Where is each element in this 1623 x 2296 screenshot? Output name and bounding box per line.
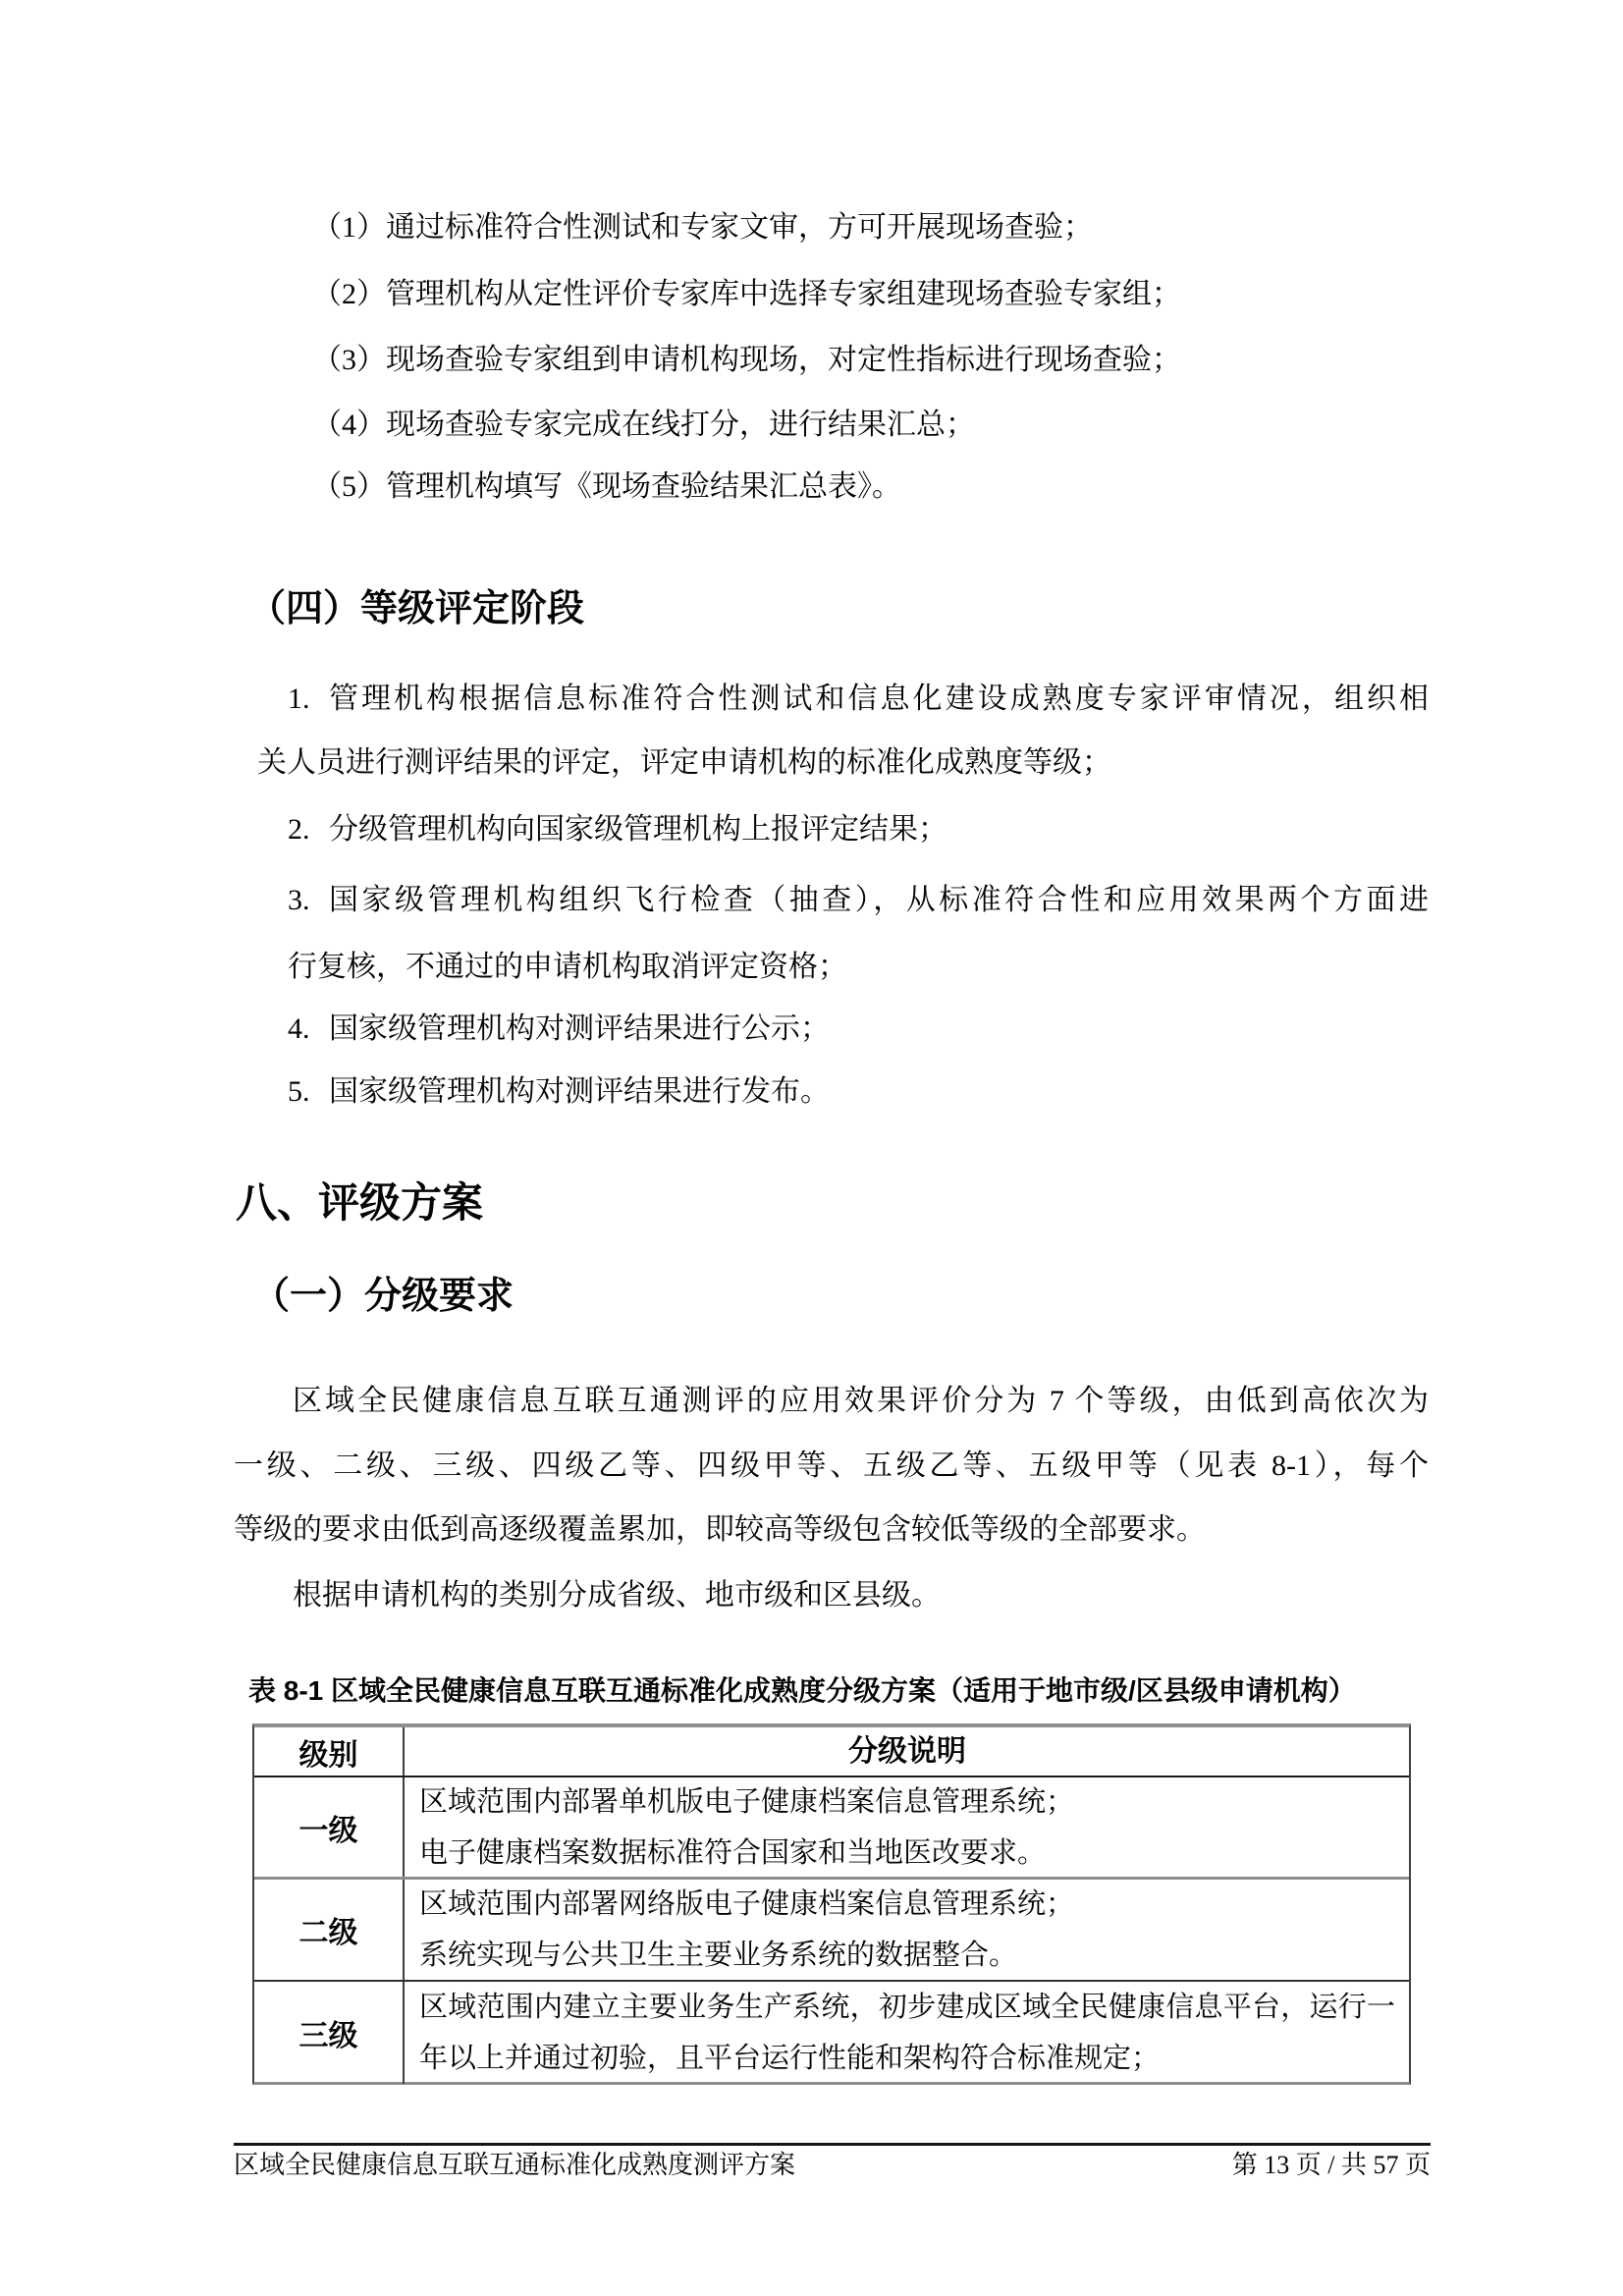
procedure-step: （5）管理机构填写《现场查验结果汇总表》。 [312,465,901,509]
desc-cell: 区域范围内建立主要业务生产系统，初步建成区域全民健康信息平台，运行一 年以上并通… [405,1982,1409,2084]
section-heading-four: （四）等级评定阶段 [248,584,584,633]
table-row: 二级 区域范围内部署网络版电子健康档案信息管理系统； 系统实现与公共卫生主要业务… [254,1880,1409,1982]
table-row: 三级 区域范围内建立主要业务生产系统，初步建成区域全民健康信息平台，运行一 年以… [254,1982,1409,2084]
list-number: 4. [288,1008,329,1051]
desc-cell: 区域范围内部署单机版电子健康档案信息管理系统； 电子健康档案数据标准符合国家和当… [405,1777,1409,1877]
list-line: 行复核，不通过的申请机构取消评定资格； [288,946,847,989]
desc-line: 年以上并通过初验，且平台运行性能和架构符合标准规定； [419,2033,1395,2084]
desc-line: 区域范围内建立主要业务生产系统，初步建成区域全民健康信息平台，运行一 [419,1982,1395,2033]
table-row: 一级 区域范围内部署单机版电子健康档案信息管理系统； 电子健康档案数据标准符合国… [254,1777,1409,1880]
list-text: 分级管理机构向国家级管理机构上报评定结果； [329,813,947,846]
table-header-desc: 分级说明 [405,1727,1409,1776]
grading-table: 级别 分级说明 一级 区域范围内部署单机版电子健康档案信息管理系统； 电子健康档… [252,1723,1411,2085]
list-number: 2. [288,808,329,851]
list-line: 国家级管理机构组织飞行检查（抽查），从标准符合性和应用效果两个方面进 [329,879,1429,922]
desc-line: 系统实现与公共卫生主要业务系统的数据整合。 [419,1930,1395,1981]
procedure-step: （4）现场查验专家完成在线打分，进行结果汇总； [312,404,975,447]
procedure-step: （2）管理机构从定性评价专家库中选择专家组建现场查验专家组； [312,273,1181,316]
level-cell: 二级 [254,1880,405,1980]
list-line: 2.分级管理机构向国家级管理机构上报评定结果； [288,808,947,851]
list-text: 国家级管理机构对测评结果进行公示； [329,1012,830,1045]
procedure-step: （1）通过标准符合性测试和专家文审，方可开展现场查验； [312,206,1093,249]
document-page: （1）通过标准符合性测试和专家文审，方可开展现场查验； （2）管理机构从定性评价… [0,0,1623,2296]
list-line: 关人员进行测评结果的评定，评定申请机构的标准化成熟度等级； [257,741,1111,785]
desc-line: 区域范围内部署单机版电子健康档案信息管理系统； [419,1777,1395,1828]
footer-rule [234,2143,1431,2146]
desc-line: 电子健康档案数据标准符合国家和当地医改要求。 [419,1828,1395,1879]
table-header-desc-label: 分级说明 [419,1726,1395,1777]
list-line: 管理机构根据信息标准符合性测试和信息化建设成熟度专家评审情况，组织相 [329,678,1429,721]
desc-cell: 区域范围内部署网络版电子健康档案信息管理系统； 系统实现与公共卫生主要业务系统的… [405,1880,1409,1980]
procedure-step: （3）现场查验专家组到申请机构现场，对定性指标进行现场查验； [312,339,1181,382]
footer-doc-title: 区域全民健康信息互联互通标准化成熟度测评方案 [234,2149,795,2182]
paragraph-line: 根据申请机构的类别分成省级、地市级和区县级。 [293,1574,941,1617]
desc-line: 区域范围内部署网络版电子健康档案信息管理系统； [419,1879,1395,1930]
table-header-level: 级别 [254,1727,405,1776]
paragraph-line: 区域全民健康信息互联互通测评的应用效果评价分为 7 个等级，由低到高依次为 [293,1380,1429,1423]
paragraph-line: 一级、二级、三级、四级乙等、四级甲等、五级乙等、五级甲等（见表 8-1），每个 [234,1445,1429,1488]
list-number: 1. [288,678,310,721]
list-line: 4.国家级管理机构对测评结果进行公示； [288,1008,830,1051]
list-number: 3. [288,879,310,922]
table-header-row: 级别 分级说明 [254,1727,1409,1777]
list-text: 国家级管理机构对测评结果进行发布。 [329,1075,830,1108]
list-line: 5.国家级管理机构对测评结果进行发布。 [288,1070,830,1114]
table-caption: 表 8-1 区域全民健康信息互联互通标准化成熟度分级方案（适用于地市级/区县级申… [248,1671,1356,1711]
list-number: 5. [288,1070,329,1114]
section-heading-eight-one: （一）分级要求 [252,1272,514,1321]
paragraph-line: 等级的要求由低到高逐级覆盖累加，即较高等级包含较低等级的全部要求。 [234,1508,1206,1552]
footer: 区域全民健康信息互联互通标准化成熟度测评方案 第 13 页 / 共 57 页 [234,2149,1431,2182]
section-heading-eight: 八、评级方案 [236,1176,483,1230]
level-cell: 一级 [254,1777,405,1877]
level-cell: 三级 [254,1982,405,2084]
footer-page-number: 第 13 页 / 共 57 页 [1232,2149,1431,2182]
